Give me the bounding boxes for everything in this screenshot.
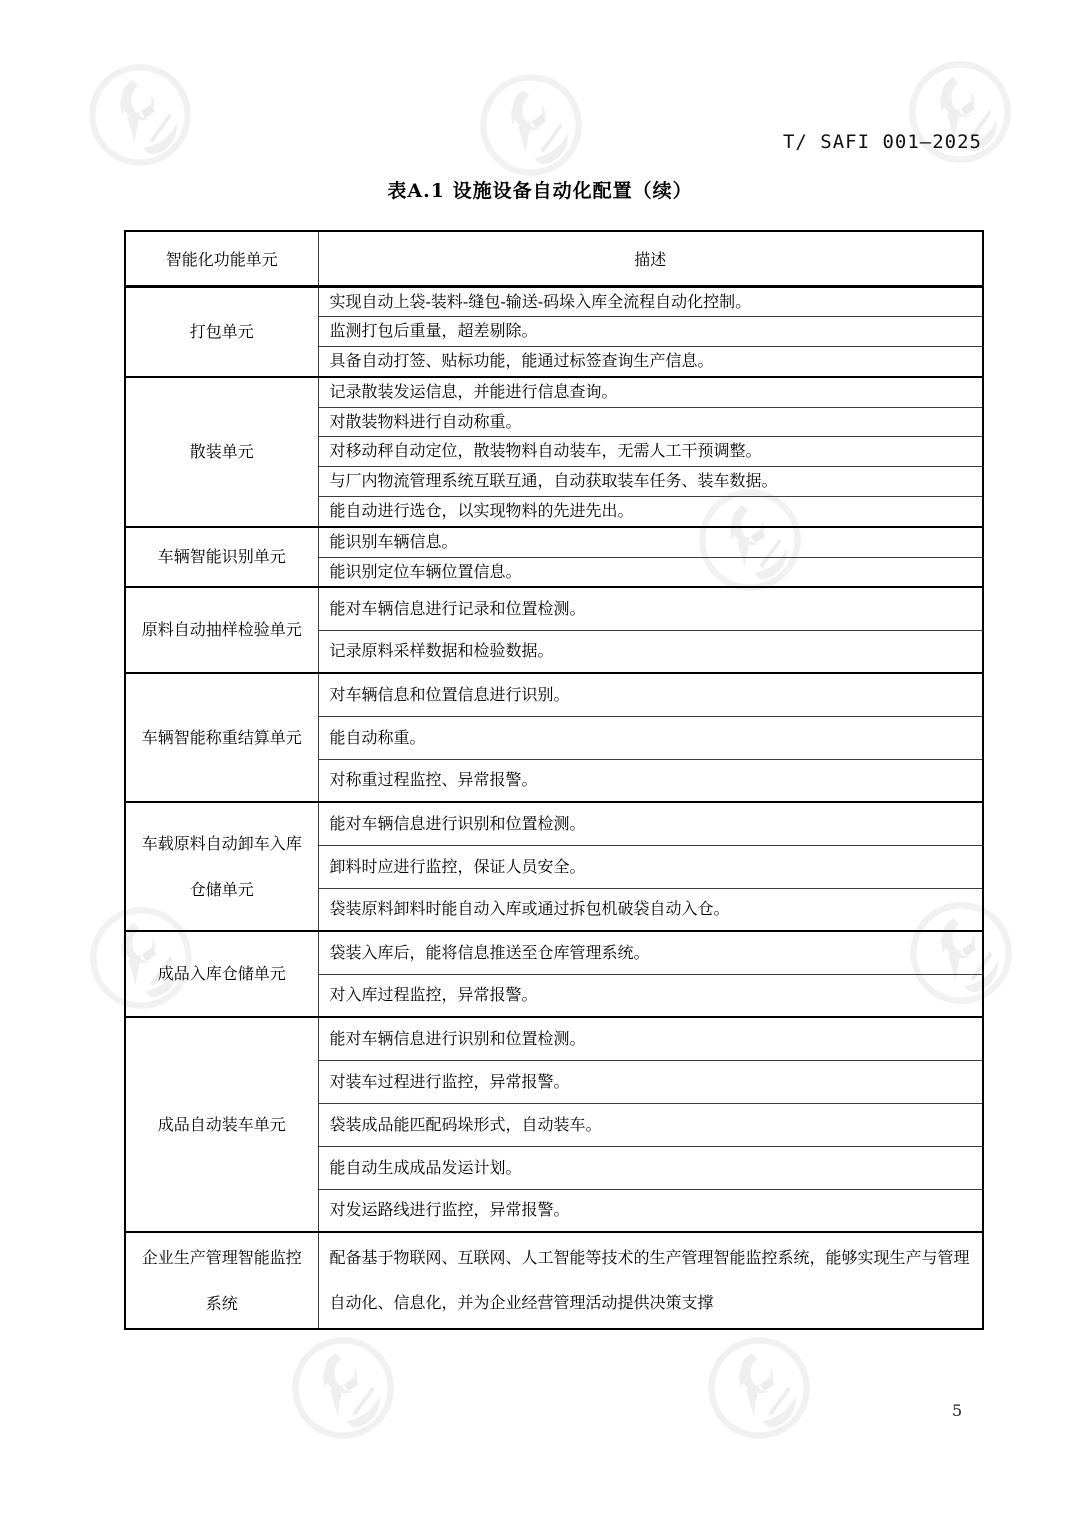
association-logo-watermark [85, 60, 195, 170]
unit-cell: 打包单元 [125, 286, 318, 377]
table-row: 车辆智能称重结算单元 对车辆信息和位置信息进行识别。 [125, 673, 983, 716]
desc-cell: 对装车过程进行监控，异常报警。 [318, 1060, 983, 1103]
unit-cell: 车辆智能称重结算单元 [125, 673, 318, 802]
column-header-unit: 智能化功能单元 [125, 231, 318, 286]
doc-code: T/ SAFI 001—2025 [783, 131, 982, 153]
column-header-desc: 描述 [318, 231, 983, 286]
unit-cell: 成品入库仓储单元 [125, 931, 318, 1017]
association-logo-watermark [288, 1333, 398, 1443]
desc-cell: 能自动称重。 [318, 716, 983, 759]
association-logo-watermark-icon [704, 1333, 814, 1443]
desc-cell: 能自动进行选仓，以实现物料的先进先出。 [318, 497, 983, 527]
desc-cell: 能对车辆信息进行识别和位置检测。 [318, 802, 983, 845]
unit-cell: 原料自动抽样检验单元 [125, 587, 318, 673]
desc-cell: 对车辆信息和位置信息进行识别。 [318, 673, 983, 716]
desc-cell: 对发运路线进行监控，异常报警。 [318, 1189, 983, 1232]
desc-cell: 卸料时应进行监控，保证人员安全。 [318, 845, 983, 888]
association-logo-watermark [476, 70, 586, 180]
association-logo-watermark-icon [288, 1333, 398, 1443]
association-logo-watermark-icon [85, 60, 195, 170]
desc-cell: 对散装物料进行自动称重。 [318, 407, 983, 437]
desc-cell: 能对车辆信息进行识别和位置检测。 [318, 1017, 983, 1060]
unit-cell: 成品自动装车单元 [125, 1017, 318, 1232]
table-row: 成品自动装车单元 能对车辆信息进行识别和位置检测。 [125, 1017, 983, 1060]
unit-cell: 车辆智能识别单元 [125, 527, 318, 588]
desc-cell: 与厂内物流管理系统互联互通，自动获取装车任务、装车数据。 [318, 467, 983, 497]
desc-cell: 具备自动打签、贴标功能，能通过标签查询生产信息。 [318, 347, 983, 377]
table-row: 企业生产管理智能监控 系统 配备基于物联网、互联网、人工智能等技术的生产管理智能… [125, 1232, 983, 1329]
desc-cell: 记录散装发运信息，并能进行信息查询。 [318, 377, 983, 407]
automation-config-table: 智能化功能单元 描述 打包单元 实现自动上袋-装料-缝包-输送-码垛入库全流程自… [124, 230, 984, 1330]
desc-cell: 袋装原料卸料时能自动入库或通过拆包机破袋自动入仓。 [318, 888, 983, 931]
desc-cell: 能对车辆信息进行记录和位置检测。 [318, 587, 983, 630]
table-row: 成品入库仓储单元 袋装入库后，能将信息推送至仓库管理系统。 [125, 931, 983, 974]
page-number: 5 [952, 1401, 962, 1420]
desc-cell: 袋装成品能匹配码垛形式，自动装车。 [318, 1103, 983, 1146]
desc-cell: 记录原料采样数据和检验数据。 [318, 630, 983, 673]
desc-cell: 对入库过程监控，异常报警。 [318, 974, 983, 1017]
unit-cell: 企业生产管理智能监控 系统 [125, 1232, 318, 1329]
desc-cell: 配备基于物联网、互联网、人工智能等技术的生产管理智能监控系统，能够实现生产与管理… [318, 1232, 983, 1329]
desc-cell: 监测打包后重量，超差剔除。 [318, 317, 983, 347]
desc-cell: 袋装入库后，能将信息推送至仓库管理系统。 [318, 931, 983, 974]
unit-cell: 车载原料自动卸车入库 仓储单元 [125, 802, 318, 931]
document-page: T/ SAFI 001—2025 表A.1 设施设备自动化配置（续） 智能化功能… [0, 0, 1080, 1527]
table-title: 表A.1 设施设备自动化配置（续） [0, 176, 1080, 203]
desc-cell: 对移动秤自动定位，散装物料自动装车，无需人工干预调整。 [318, 437, 983, 467]
table-row: 车载原料自动卸车入库 仓储单元 能对车辆信息进行识别和位置检测。 [125, 802, 983, 845]
table-row: 散装单元 记录散装发运信息，并能进行信息查询。 [125, 377, 983, 407]
association-logo-watermark-icon [476, 70, 586, 180]
association-logo-watermark [704, 1333, 814, 1443]
table-row: 车辆智能识别单元 能识别车辆信息。 [125, 527, 983, 557]
table-row: 原料自动抽样检验单元 能对车辆信息进行记录和位置检测。 [125, 587, 983, 630]
table-header-row: 智能化功能单元 描述 [125, 231, 983, 286]
table-row: 打包单元 实现自动上袋-装料-缝包-输送-码垛入库全流程自动化控制。 [125, 286, 983, 317]
desc-cell: 对称重过程监控、异常报警。 [318, 759, 983, 802]
unit-cell: 散装单元 [125, 377, 318, 527]
desc-cell: 能自动生成成品发运计划。 [318, 1146, 983, 1189]
desc-cell: 能识别定位车辆位置信息。 [318, 557, 983, 587]
desc-cell: 实现自动上袋-装料-缝包-输送-码垛入库全流程自动化控制。 [318, 286, 983, 317]
desc-cell: 能识别车辆信息。 [318, 527, 983, 557]
